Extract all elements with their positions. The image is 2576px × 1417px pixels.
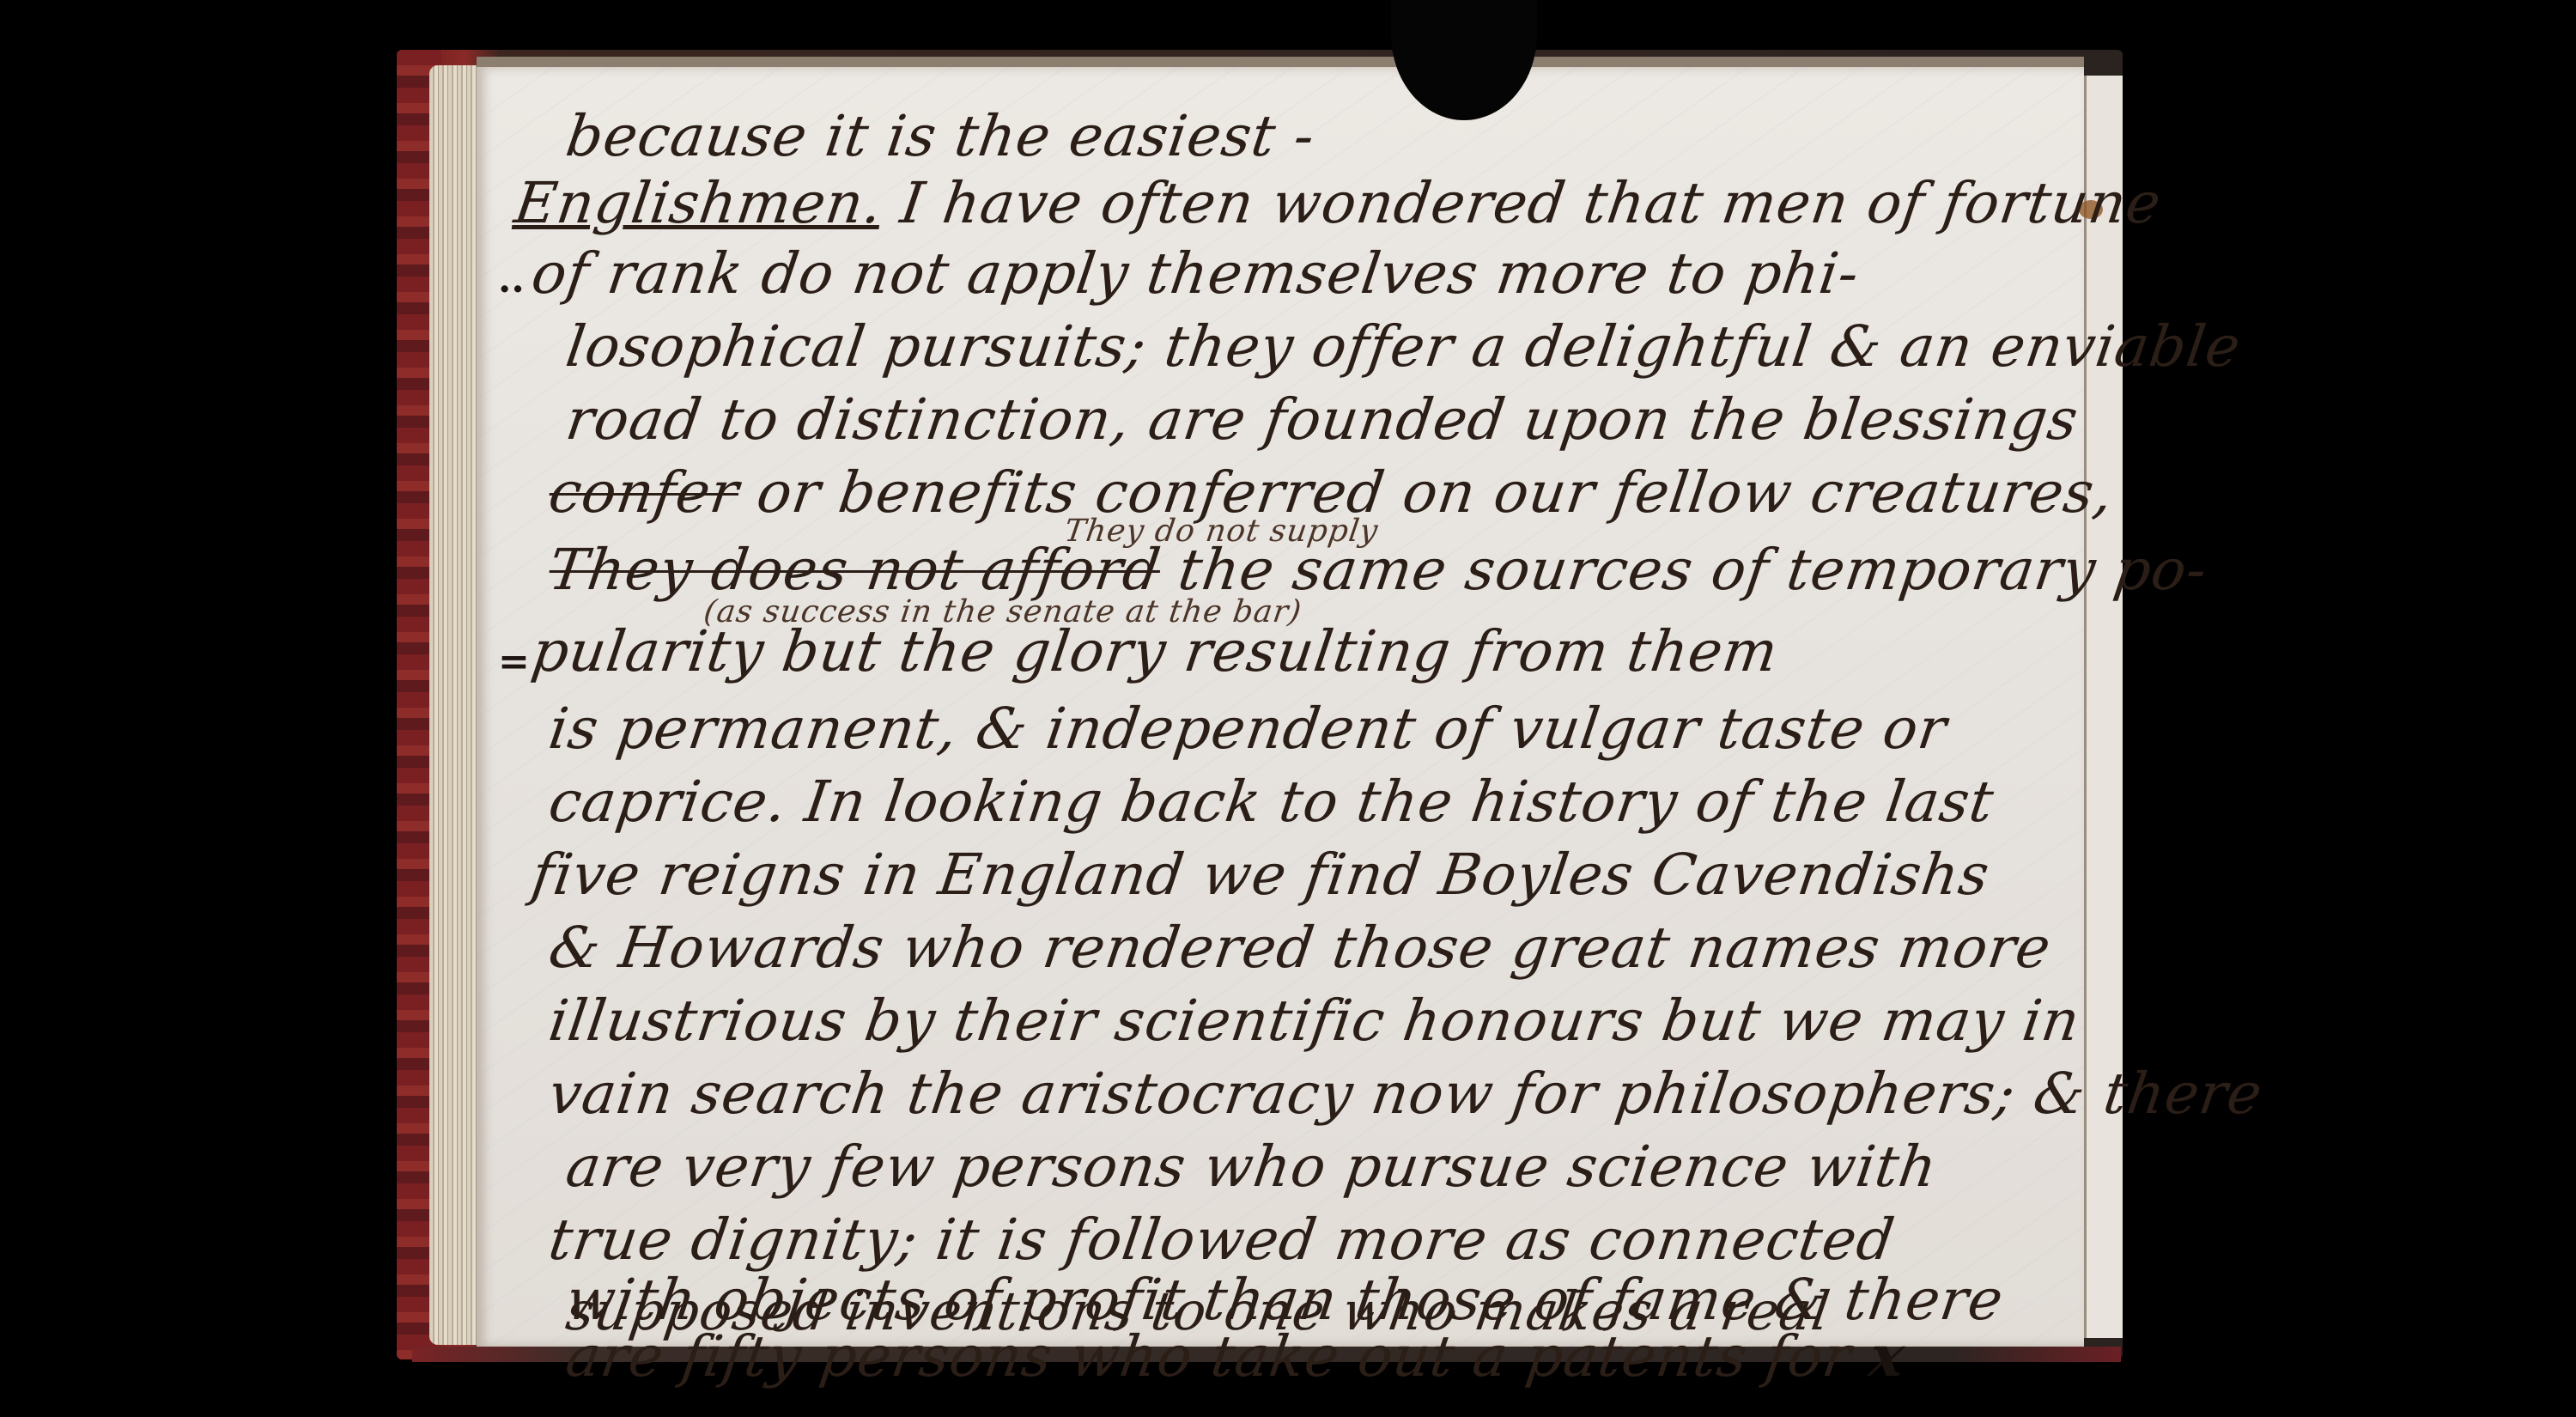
text-line-1: because it is the easiest -: [562, 103, 1320, 169]
line-text: pularity but the glory resulting from th…: [528, 618, 1783, 684]
text-line-21: supposed inventions to one who makes a r…: [562, 1280, 1835, 1342]
margin-equals-mark: =: [498, 640, 530, 684]
text-line-4: losophical pursuits; they offer a deligh…: [562, 313, 2245, 380]
line-text: & Howards who rendered those great names…: [545, 915, 2056, 981]
line-text: five reigns in England we find Boyles Ca…: [528, 842, 1994, 908]
text-line-14: & Howards who rendered those great names…: [545, 915, 2056, 981]
line-text: are very few persons who pursue science …: [562, 1134, 1941, 1200]
text-line-2: Englishmen. I have often wondered that m…: [511, 170, 2166, 236]
struck-word: confer: [545, 459, 744, 526]
line-text: because it is the easiest -: [562, 103, 1320, 169]
margin-heading: Englishmen.: [511, 170, 887, 236]
text-line-15: illustrious by their scientific honours …: [545, 988, 2085, 1054]
insertion-x-mark: x: [1865, 1323, 1909, 1390]
line-text: the same sources of temporary po-: [1175, 537, 2212, 603]
text-line-3: of rank do not apply themselves more to …: [528, 240, 1863, 307]
margin-dots-mark: ..: [498, 258, 525, 301]
line-text: illustrious by their scientific honours …: [545, 988, 2085, 1054]
text-line-11: is permanent, & independent of vulgar ta…: [545, 696, 1952, 762]
page-stack-edges: [429, 65, 481, 1345]
line-text: true dignity; it is followed more as con…: [545, 1207, 1899, 1273]
line-text: or benefits conferred on our fellow crea…: [753, 459, 2117, 526]
text-line-8: They does not afford the same sources of…: [545, 537, 2212, 603]
line-text: road to distinction, are founded upon th…: [562, 386, 2083, 453]
line-text: is permanent, & independent of vulgar ta…: [545, 696, 1952, 762]
text-line-17: are very few persons who pursue science …: [562, 1134, 1941, 1200]
line-text: supposed inventions to one who makes a r…: [562, 1280, 1835, 1342]
text-line-5: road to distinction, are founded upon th…: [562, 386, 2083, 453]
line-text: caprice. In looking back to the history …: [545, 769, 1998, 835]
text-line-18: true dignity; it is followed more as con…: [545, 1207, 1899, 1273]
line-text: vain search the aristocracy now for phil…: [545, 1061, 2267, 1127]
facing-leaf-edge: [2084, 76, 2123, 1338]
text-line-13: five reigns in England we find Boyles Ca…: [528, 842, 1994, 908]
line-text: I have often wondered that men of fortun…: [896, 170, 2166, 236]
text-line-12: caprice. In looking back to the history …: [545, 769, 1998, 835]
line-text: of rank do not apply themselves more to …: [528, 240, 1863, 307]
struck-phrase: They does not afford: [545, 537, 1165, 603]
text-line-10: pularity but the glory resulting from th…: [528, 618, 1783, 684]
text-line-16: vain search the aristocracy now for phil…: [545, 1061, 2267, 1127]
line-text: losophical pursuits; they offer a deligh…: [562, 313, 2245, 380]
